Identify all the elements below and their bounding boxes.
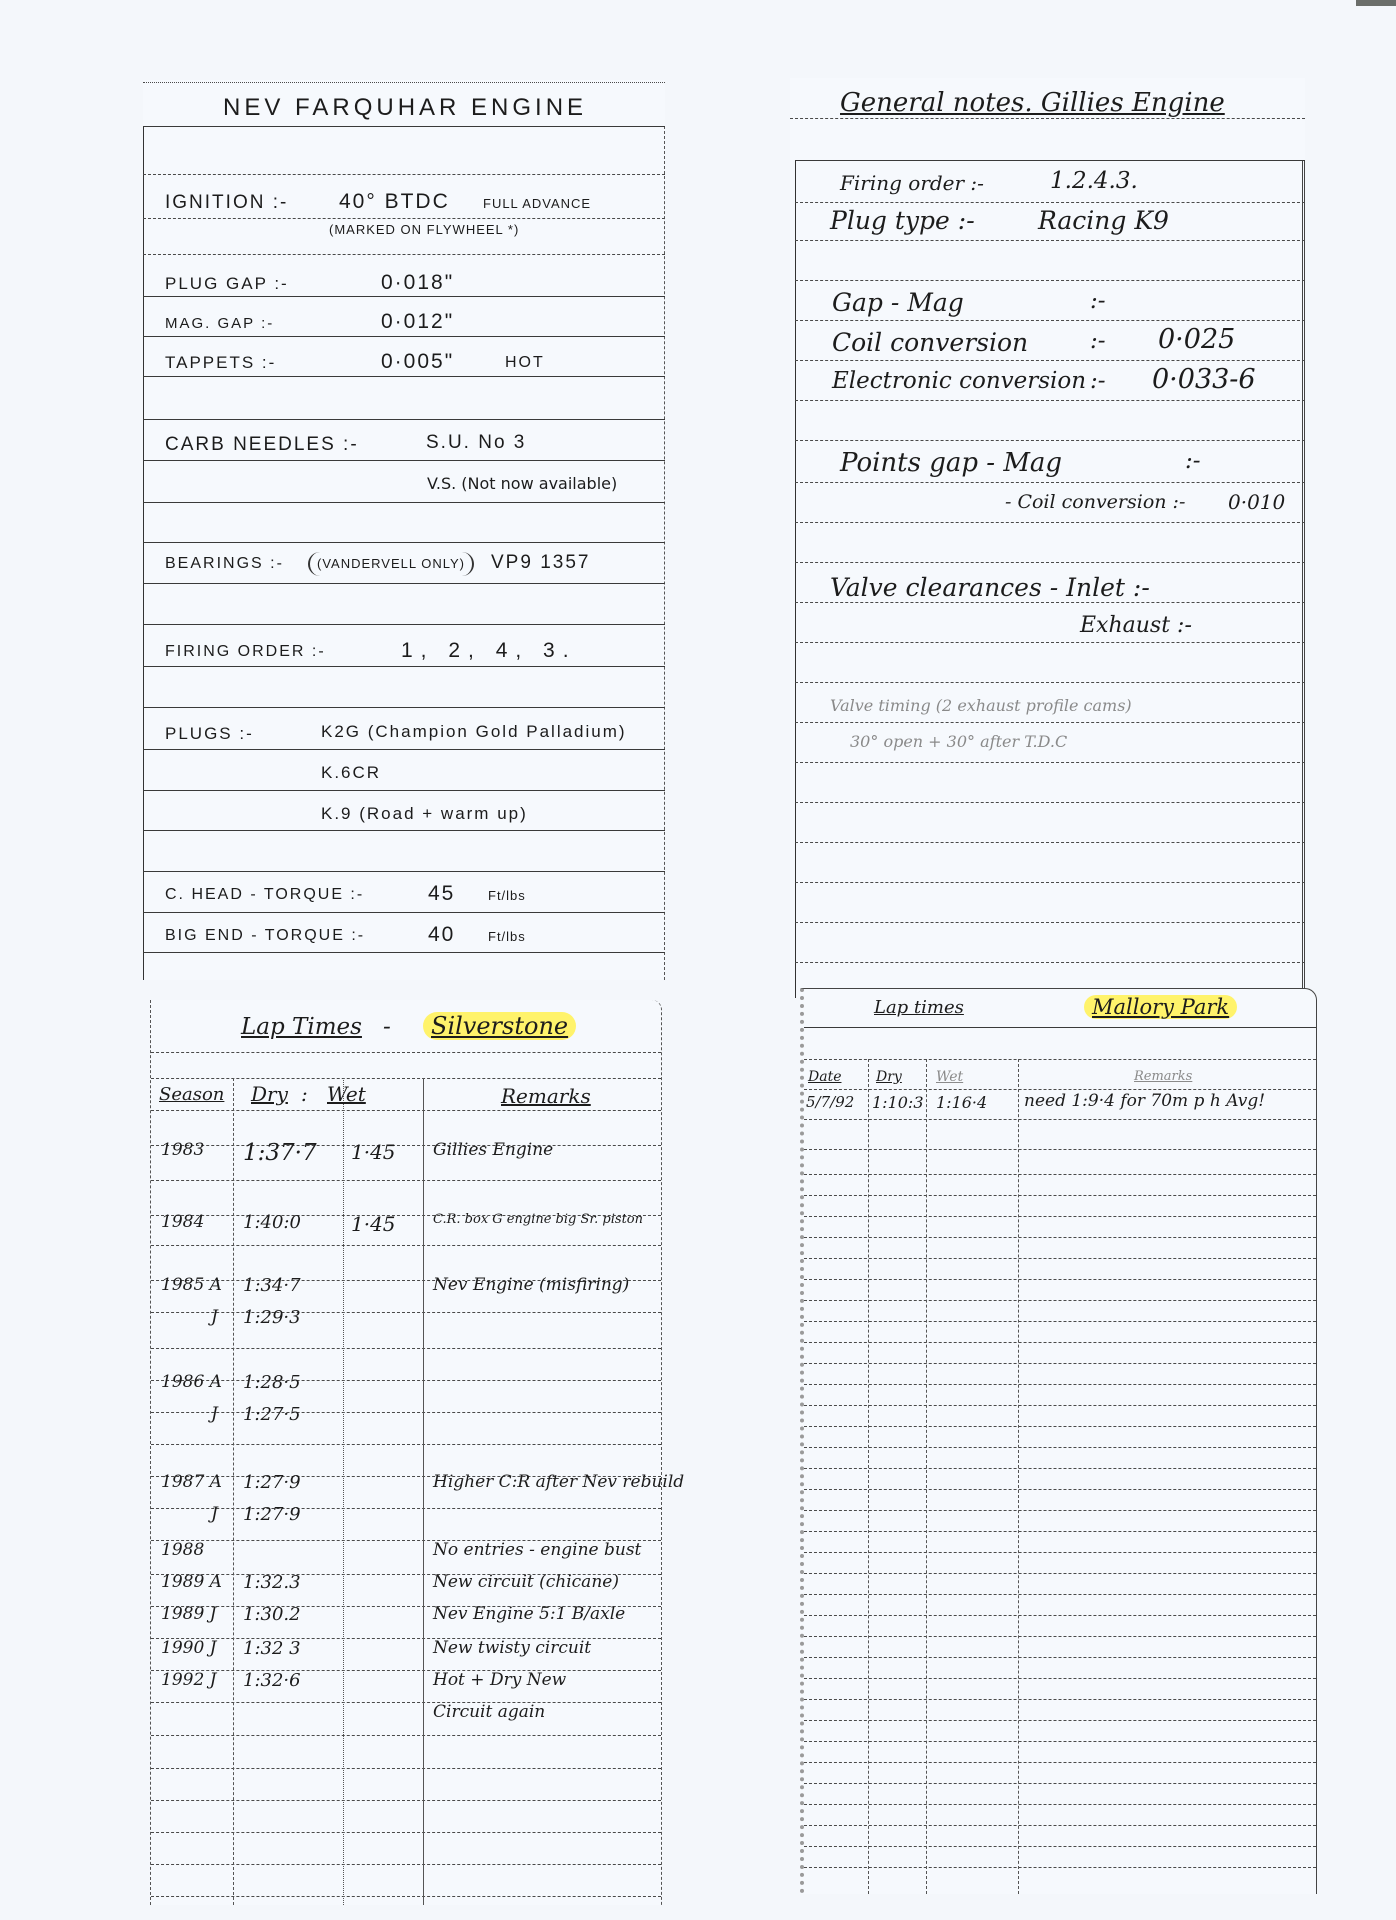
valve-inlet-label: Valve clearances - Inlet :- bbox=[830, 573, 1150, 602]
ignition-note: FULL ADVANCE bbox=[483, 196, 591, 211]
firing-order-label: FIRING ORDER :- bbox=[165, 643, 326, 661]
row-dry: 1:40:0 bbox=[243, 1212, 301, 1233]
general-notes-card: General notes. Gillies Engine Firing ord… bbox=[790, 78, 1305, 998]
row-season: 1992 J bbox=[161, 1670, 216, 1690]
plug-type-label: Plug type :- bbox=[830, 206, 975, 235]
head-torque-label: C. HEAD - TORQUE :- bbox=[165, 886, 364, 904]
row-season: 1986 A bbox=[161, 1372, 222, 1392]
row-remarks: No entries - engine bust bbox=[433, 1540, 641, 1560]
row-remarks: New circuit (chicane) bbox=[433, 1572, 619, 1592]
tappets-note: HOT bbox=[505, 354, 545, 372]
head-torque-unit: Ft/lbs bbox=[488, 888, 526, 903]
carb-needles-value: S.U. No 3 bbox=[426, 432, 526, 454]
scan-edge-mark bbox=[1356, 0, 1396, 6]
row-season: 1985 A bbox=[161, 1275, 222, 1295]
bearings-part-number: VP9 1357 bbox=[491, 552, 590, 574]
row-season: 1989 A bbox=[161, 1572, 222, 1592]
big-end-torque-label: BIG END - TORQUE :- bbox=[165, 927, 365, 945]
circuit-name-mallory: Mallory Park bbox=[1084, 995, 1237, 1019]
lap-times-title: Lap Times bbox=[241, 1014, 362, 1040]
mallory-row-date: 5/7/92 bbox=[806, 1093, 854, 1111]
coil-conversion-value: 0·025 bbox=[1158, 324, 1235, 355]
firing-order-label: Firing order :- bbox=[840, 171, 984, 195]
ignition-subnote: (MARKED ON FLYWHEEL *) bbox=[329, 222, 519, 237]
row-dry: 1:29·3 bbox=[243, 1307, 301, 1328]
row-dry: 1:27·9 bbox=[243, 1472, 301, 1493]
row-remarks: Gillies Engine bbox=[433, 1140, 553, 1160]
row-season: J bbox=[211, 1307, 218, 1327]
row-season: 1983 bbox=[161, 1140, 204, 1160]
tappets-value: 0·005" bbox=[381, 350, 454, 374]
ignition-value: 40° BTDC bbox=[339, 190, 450, 214]
points-coil-value: 0·010 bbox=[1228, 490, 1285, 514]
general-notes-title: General notes. Gillies Engine bbox=[840, 88, 1225, 118]
electronic-conversion-value: 0·033-6 bbox=[1152, 364, 1256, 395]
bearings-value: (VANDERVELL ONLY) bbox=[308, 552, 474, 576]
row-dry: 1:37·7 bbox=[243, 1140, 317, 1166]
row-season: 1987 A bbox=[161, 1472, 222, 1492]
row-season: 1984 bbox=[161, 1212, 204, 1232]
row-season: 1989 J bbox=[161, 1604, 216, 1624]
mallory-row-dry: 1:10:3 bbox=[872, 1093, 924, 1112]
circuit-name-silverstone: Silverstone bbox=[423, 1012, 576, 1040]
header-remarks: Remarks bbox=[501, 1084, 591, 1108]
mallory-row-remarks: need 1:9·4 for 70m p h Avg! bbox=[1024, 1091, 1265, 1111]
row-remarks: Higher C:R after Nev rebuild bbox=[433, 1472, 684, 1492]
points-gap-sep: :- bbox=[1185, 448, 1201, 474]
plugs-value-1: K2G (Champion Gold Palladium) bbox=[321, 722, 627, 742]
row-dry: 1:30.2 bbox=[243, 1604, 301, 1625]
engine-card-title: NEV FARQUHAR ENGINE bbox=[223, 94, 587, 122]
valve-exhaust-label: Exhaust :- bbox=[1080, 613, 1192, 638]
plug-gap-label: PLUG GAP :- bbox=[165, 274, 289, 294]
plugs-label: PLUGS :- bbox=[165, 724, 254, 744]
row-remarks: C.R. box G engine big Sr. piston bbox=[433, 1212, 643, 1227]
firing-order-value: 1, 2, 4, 3. bbox=[401, 639, 577, 663]
mag-gap-label: MAG. GAP :- bbox=[165, 315, 274, 332]
row-remarks: Nev Engine 5:1 B/axle bbox=[433, 1604, 625, 1624]
row-dry: 1:34·7 bbox=[243, 1275, 301, 1296]
big-end-torque-value: 40 bbox=[428, 923, 455, 947]
plug-gap-value: 0·018" bbox=[381, 271, 454, 295]
row-dry: 1:32.3 bbox=[243, 1572, 301, 1593]
header-dry: Dry bbox=[876, 1069, 902, 1085]
title-dash: - bbox=[383, 1014, 391, 1040]
big-end-torque-unit: Ft/lbs bbox=[488, 929, 526, 944]
plugs-value-2: K.6CR bbox=[321, 763, 381, 783]
head-torque-value: 45 bbox=[428, 882, 455, 906]
carb-needles-subnote: V.S. (Not now available) bbox=[427, 474, 617, 493]
row-wet: 1·45 bbox=[351, 1212, 396, 1236]
mallory-title: Lap times bbox=[874, 997, 964, 1018]
bearings-label: BEARINGS :- bbox=[165, 555, 284, 573]
plugs-value-3: K.9 (Road + warm up) bbox=[321, 804, 528, 824]
header-date: Date bbox=[808, 1069, 841, 1085]
row-season: J bbox=[211, 1404, 218, 1424]
header-dry: Dry bbox=[251, 1082, 288, 1106]
points-coil-label: - Coil conversion :- bbox=[1005, 491, 1185, 513]
gap-mag-label: Gap - Mag bbox=[832, 288, 964, 317]
silverstone-lap-times-card: Lap Times - Silverstone Season Dry : Wet… bbox=[150, 1000, 662, 1905]
row-remarks: Circuit again bbox=[433, 1702, 545, 1722]
header-season: Season bbox=[159, 1084, 224, 1105]
header-remarks: Remarks bbox=[1134, 1069, 1192, 1084]
coil-conversion-sep: :- bbox=[1090, 328, 1106, 354]
divider bbox=[143, 82, 665, 83]
row-dry: 1:32·6 bbox=[243, 1670, 301, 1691]
mag-gap-value: 0·012" bbox=[381, 310, 454, 334]
firing-order-value: 1.2.4.3. bbox=[1050, 168, 1138, 194]
header-wet: Wet bbox=[327, 1082, 366, 1106]
row-dry: 1:32 3 bbox=[243, 1638, 301, 1659]
carb-needles-label: CARB NEEDLES :- bbox=[165, 434, 359, 456]
ignition-label: IGNITION :- bbox=[165, 192, 288, 214]
row-wet: 1·45 bbox=[351, 1140, 396, 1164]
valve-timing-note: Valve timing (2 exhaust profile cams) bbox=[830, 696, 1132, 715]
row-dry: 1:27·9 bbox=[243, 1504, 301, 1525]
row-dry: 1:27·5 bbox=[243, 1404, 301, 1425]
mallory-park-lap-times-card: Lap times Mallory Park Date Dry Wet Rema… bbox=[800, 988, 1317, 1894]
engine-spec-card: NEV FARQUHAR ENGINE IGNITION :- 40° BTDC… bbox=[143, 80, 665, 980]
tappets-label: TAPPETS :- bbox=[165, 353, 276, 373]
points-gap-label: Points gap - Mag bbox=[840, 448, 1062, 478]
row-dry: 1:28·5 bbox=[243, 1372, 301, 1393]
coil-conversion-label: Coil conversion bbox=[832, 328, 1028, 357]
header-wet: Wet bbox=[936, 1069, 963, 1085]
row-remarks: Nev Engine (misfiring) bbox=[433, 1275, 629, 1295]
valve-timing-detail: 30° open + 30° after T.D.C bbox=[850, 732, 1067, 751]
plug-type-value: Racing K9 bbox=[1038, 206, 1169, 235]
row-remarks: Hot + Dry New bbox=[433, 1670, 566, 1690]
gap-mag-sep: :- bbox=[1090, 288, 1106, 314]
row-remarks: New twisty circuit bbox=[433, 1638, 591, 1658]
row-season: 1990 J bbox=[161, 1638, 216, 1658]
row-season: 1988 bbox=[161, 1540, 204, 1560]
electronic-conversion-sep: :- bbox=[1090, 368, 1106, 394]
electronic-conversion-label: Electronic conversion bbox=[832, 368, 1086, 394]
header-separator: : bbox=[301, 1082, 308, 1106]
row-season: J bbox=[211, 1504, 218, 1524]
mallory-row-wet: 1:16·4 bbox=[936, 1093, 987, 1112]
